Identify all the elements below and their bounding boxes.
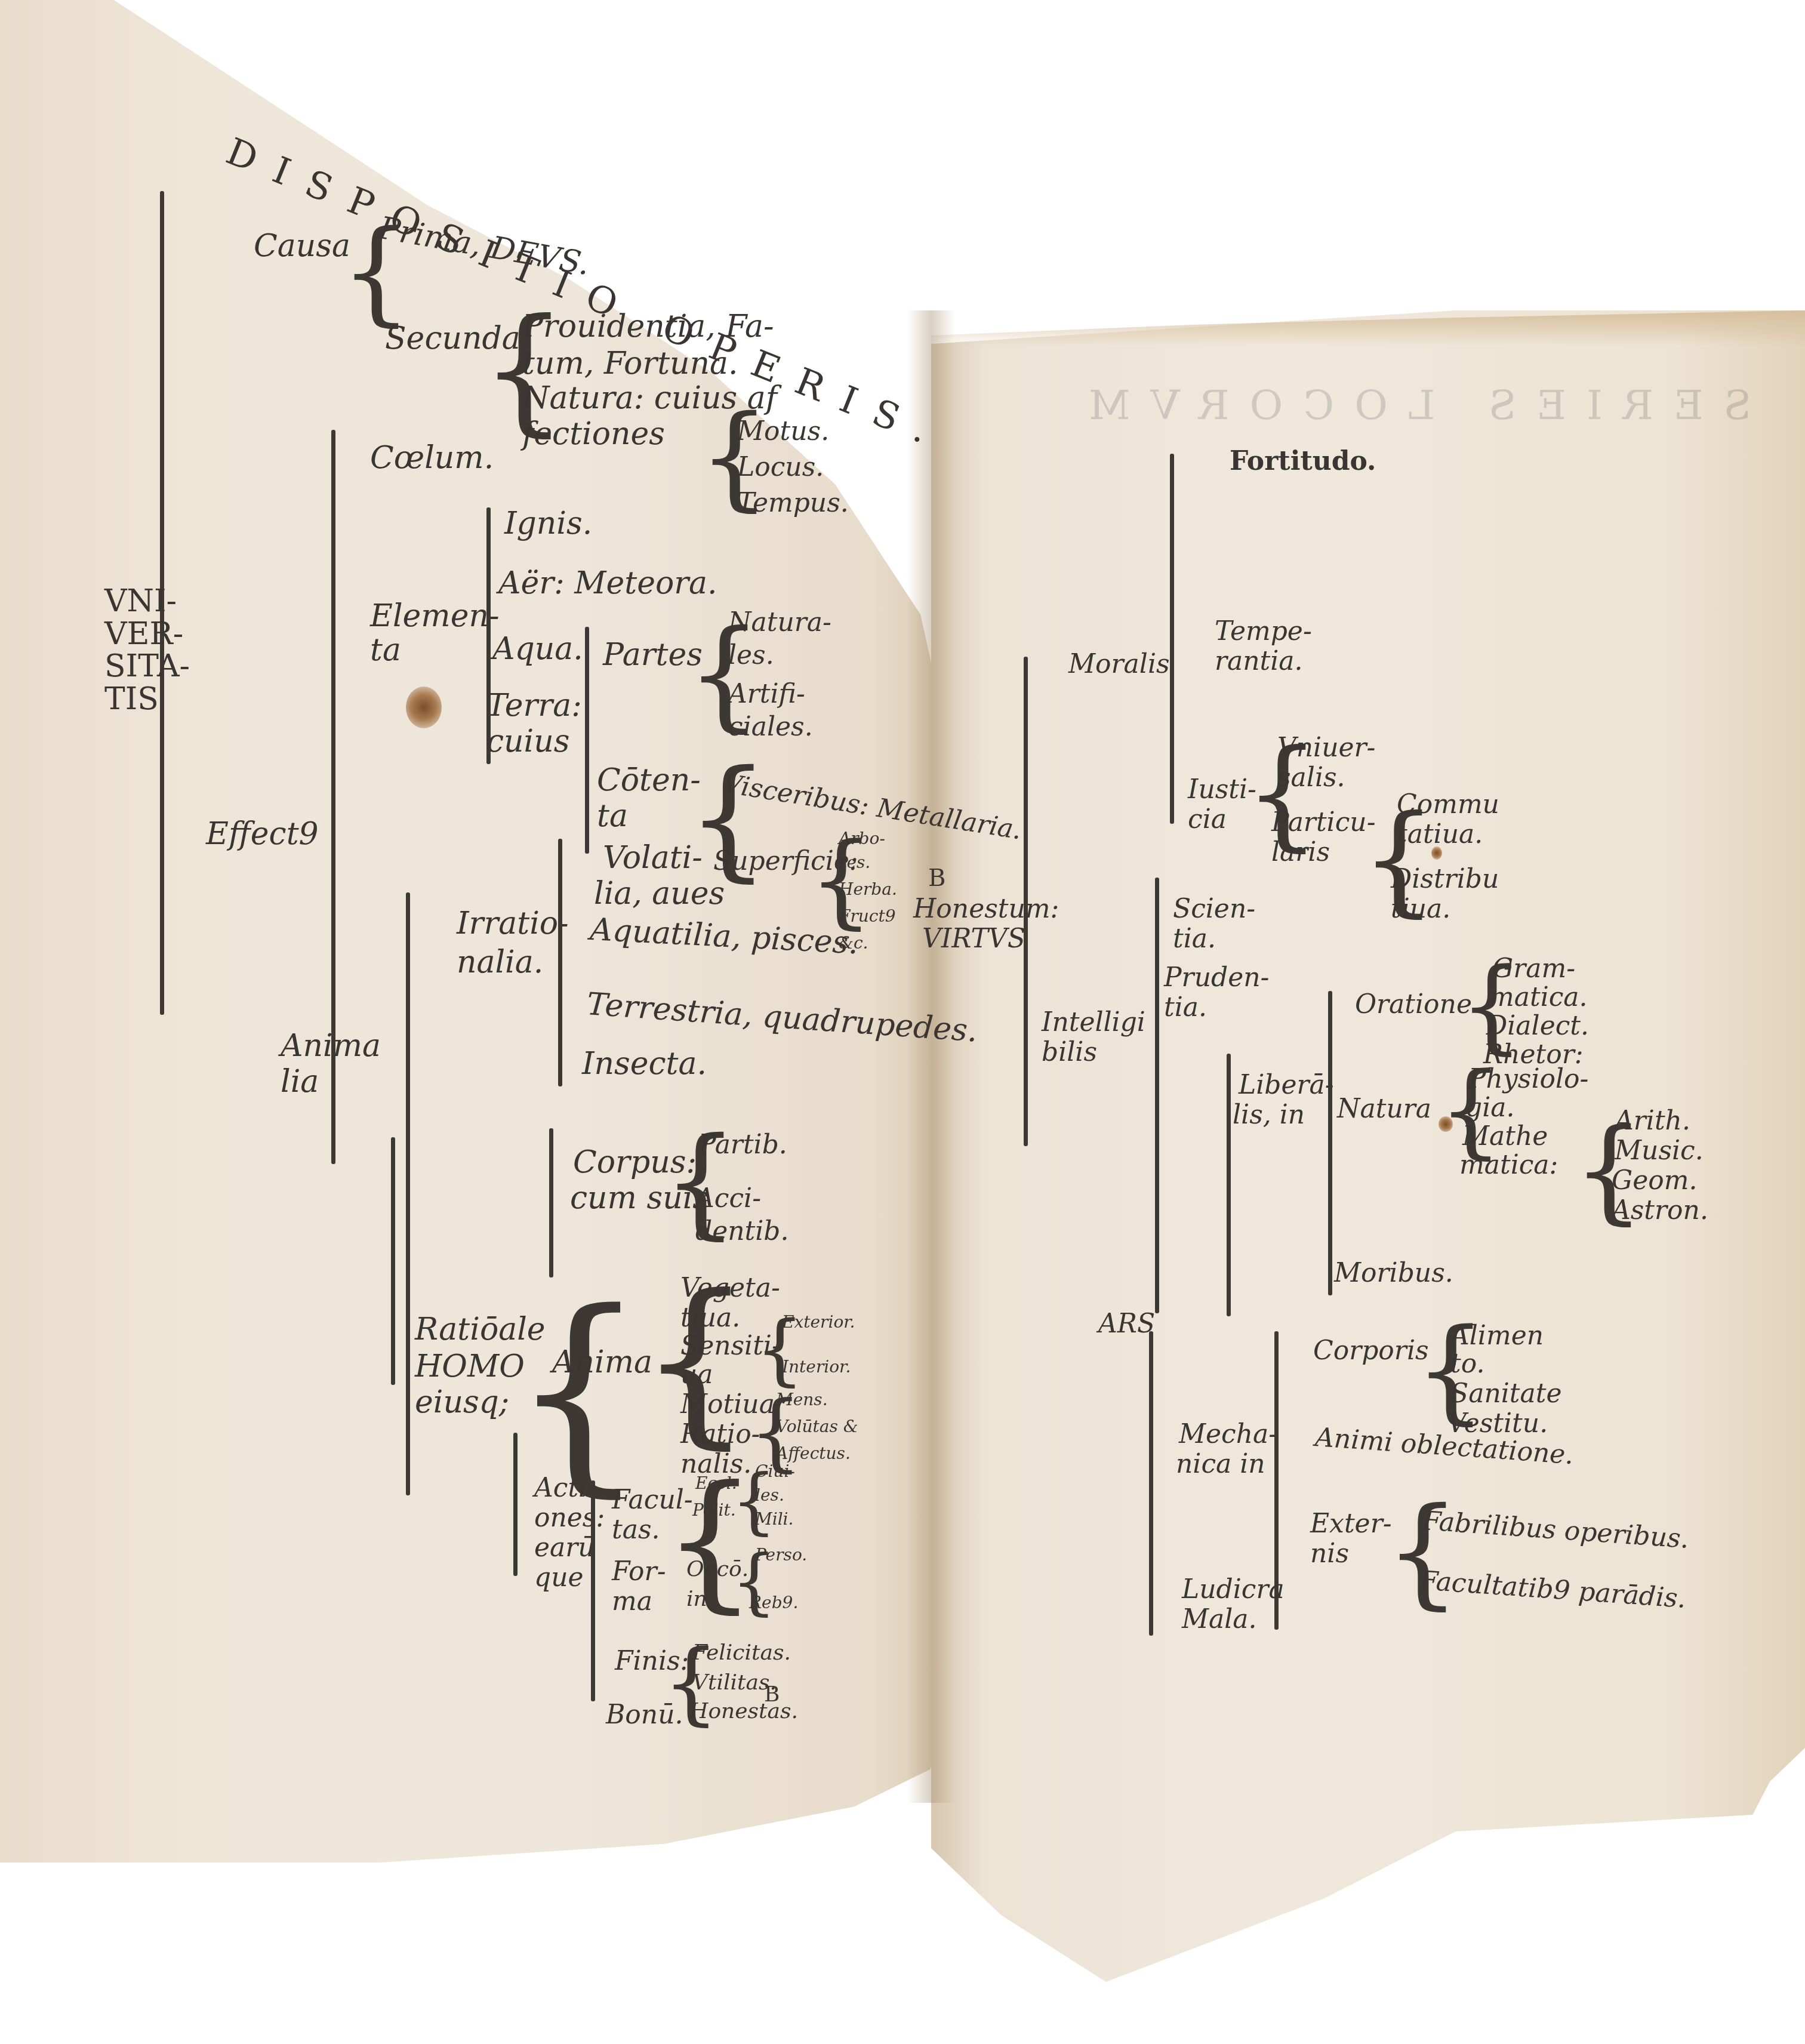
brace-homo: { [510, 1283, 647, 1498]
effectus-label: Effect9 [206, 818, 319, 851]
anima-item: tiua. [680, 1304, 740, 1332]
mathematica-item: Music. [1615, 1137, 1704, 1165]
foxing-stain [406, 687, 442, 728]
root-universitatis: VNI-VER-SITA-TIS [104, 585, 170, 715]
actiones-label: Acti [534, 1474, 587, 1502]
corpus-item: dentib. [695, 1218, 788, 1245]
elementa-label: Elemen- [370, 600, 500, 633]
anima-label: Anima [552, 1346, 652, 1379]
mechanica: Mecha- [1179, 1421, 1277, 1448]
animalia-label: lia [281, 1066, 319, 1098]
honestum-b: B [928, 866, 945, 891]
particularis-item: Commu [1397, 791, 1499, 818]
affectio-tempus: Tempus. [737, 490, 849, 517]
intelligibilis-label: bilis [1042, 1039, 1097, 1066]
partes-item: les. [728, 642, 774, 669]
finis-item: Honestas. [689, 1700, 798, 1723]
oeconomia-item: Perso. [755, 1546, 807, 1563]
temperantia: rantia. [1215, 648, 1303, 675]
mechanica: nica in [1176, 1451, 1265, 1478]
rationalis-item: Affectus. [776, 1445, 851, 1462]
bracket-irrationalia [558, 839, 562, 1086]
mathematica-item: Arith. [1615, 1107, 1690, 1135]
forma: For- [612, 1558, 666, 1586]
bracket-animalia [406, 892, 410, 1495]
superficie-item: Fruct9 [839, 907, 896, 925]
universalis: Vniuer- [1277, 734, 1375, 762]
corporis-item: Sanitate [1450, 1380, 1561, 1408]
oratione-item: matica. [1489, 984, 1588, 1011]
natura-item: Mathe [1462, 1123, 1548, 1150]
anima-item: Ratio- [680, 1421, 760, 1448]
partes-item: ciales. [728, 713, 813, 741]
natura: Natura [1337, 1095, 1431, 1123]
secunda-item: fectiones [522, 418, 665, 451]
element-terra: cuius [486, 725, 569, 758]
bracket-actiones-inner [591, 1480, 595, 1701]
oratione-item: Gram- [1492, 955, 1575, 983]
element-aqua: Aqua. [492, 633, 583, 666]
bracket-moralis [1170, 454, 1174, 824]
irrationalia-label: Irratio- [457, 907, 569, 940]
mathematica-item: Astron. [1612, 1197, 1708, 1224]
virtus-label: VIRTVS [922, 925, 1025, 953]
moribus: Moribus. [1334, 1260, 1453, 1287]
oratione: Oratione [1355, 991, 1472, 1018]
secunda-item: Prouidentia, Fa- [522, 310, 774, 343]
superficie-item: Herba. [839, 881, 897, 898]
oeconomia: in [686, 1588, 707, 1611]
oratione-item: Dialect. [1486, 1012, 1589, 1040]
volatilia: Volati- [603, 842, 703, 875]
particularis-item: Distribu [1391, 866, 1499, 893]
corpus-item: Partib. [698, 1131, 787, 1159]
natura-item: matica: [1459, 1152, 1558, 1179]
liberalis: Liberā- [1239, 1072, 1334, 1099]
bracket-homo [391, 1137, 395, 1385]
anima-item: Vegeta- [680, 1275, 780, 1302]
ludicra: Ludicra [1182, 1576, 1285, 1603]
terra-contenta: Cōten- [597, 764, 701, 797]
bracket-ars [1149, 1331, 1153, 1636]
causa-label: Causa [254, 230, 350, 263]
corporis-item: to. [1450, 1350, 1484, 1378]
bracket-corpus [549, 1128, 553, 1277]
particularis: Particu- [1271, 809, 1376, 836]
volatilia: lia, aues [594, 878, 725, 910]
finis-item: Felicitas. [692, 1642, 791, 1664]
particularis-item: tiua. [1391, 895, 1450, 923]
book-spread: DISPOSITIO OPERIS. VNI-VER-SITA-TIS Caus… [0, 0, 1805, 2044]
superficie-item: res. [839, 854, 870, 871]
iustitia: cia [1188, 806, 1227, 833]
forma: ma [612, 1588, 652, 1615]
bracket-virtus [1024, 657, 1028, 1146]
element-ignis: Ignis. [504, 507, 592, 540]
terra-contenta: ta [597, 800, 628, 833]
liberalis: lis, in [1233, 1101, 1305, 1129]
element-terra: Terra: [486, 689, 582, 722]
anima-item: ua [680, 1361, 713, 1389]
affectio-locus: Locus. [737, 454, 824, 481]
element-aer: Aër: Meteora. [498, 567, 717, 600]
caelum: Cœlum. [370, 442, 494, 475]
polit-item: les. [755, 1486, 784, 1504]
bracket-intelligibilis [1155, 878, 1159, 1313]
affectio-motus: Motus. [737, 418, 829, 445]
superficie-item: Arbo- [839, 830, 885, 847]
sensitiua-item: Interior. [782, 1358, 851, 1375]
ludicra: Mala. [1182, 1606, 1257, 1633]
bracket-liberalis [1227, 1054, 1231, 1316]
polit-item: Mili. [755, 1510, 793, 1528]
rationalis-item: Volūtas & [776, 1418, 858, 1435]
elementa-label: ta [370, 634, 401, 667]
facultas: tas. [612, 1516, 660, 1544]
sensitiua-item: Exterior. [782, 1313, 855, 1331]
natura-item: Physiolo- [1468, 1066, 1588, 1093]
natura-item: gia. [1465, 1094, 1514, 1122]
particularis-item: tatiua. [1397, 821, 1483, 848]
running-head-showthrough: SERIES LOCORVM [1068, 382, 1751, 429]
rationale-homo: eiusq; [415, 1386, 509, 1419]
book-gutter [907, 310, 955, 1803]
corpus-item: Acci- [695, 1185, 761, 1212]
insecta: Insecta. [582, 1048, 707, 1081]
mathematica-item: Geom. [1612, 1167, 1697, 1195]
right-page-top-edge [931, 310, 1805, 346]
corporis-item: Alimen [1450, 1322, 1544, 1350]
ars-label: ARS [1098, 1310, 1155, 1338]
facultas-item: Polit. [692, 1501, 736, 1519]
polit-item: Ciui- [755, 1463, 795, 1480]
particularis: laris [1271, 839, 1330, 866]
corporis: Corporis [1313, 1337, 1429, 1365]
externis: nis [1310, 1540, 1349, 1568]
intelligibilis-label: Intelligi [1042, 1009, 1145, 1036]
secunda-item: tum, Fortuna. [522, 347, 738, 380]
fortitudo: Fortitudo. [1230, 448, 1376, 475]
actiones-label: que [534, 1564, 584, 1592]
bracket-liberalis-in [1328, 991, 1332, 1295]
externis: Exter- [1310, 1510, 1392, 1538]
prudentia: Pruden- [1164, 964, 1269, 992]
actiones-label: earū [534, 1534, 595, 1562]
oeconomia-item: Reb9. [749, 1594, 798, 1611]
bracket-terra [585, 627, 589, 854]
honestum-label: Honestum: [913, 895, 1059, 923]
prudentia: tia. [1164, 994, 1207, 1021]
rationalis-item: Mens. [776, 1391, 828, 1408]
moralis-label: Moralis [1068, 651, 1170, 678]
universalis: salis. [1277, 764, 1345, 792]
scientia: tia. [1173, 925, 1216, 953]
signature-mark: B [764, 1683, 780, 1706]
rationale-homo: HOMO [415, 1350, 525, 1383]
temperantia: Tempe- [1215, 618, 1312, 645]
irrationalia-label: nalia. [457, 946, 543, 979]
animalia-label: Anima [281, 1030, 381, 1063]
bracket-actiones [513, 1433, 518, 1576]
scientia: Scien- [1173, 895, 1255, 923]
partes-item: Natura- [728, 609, 831, 636]
partes-item: Artifi- [728, 681, 805, 708]
